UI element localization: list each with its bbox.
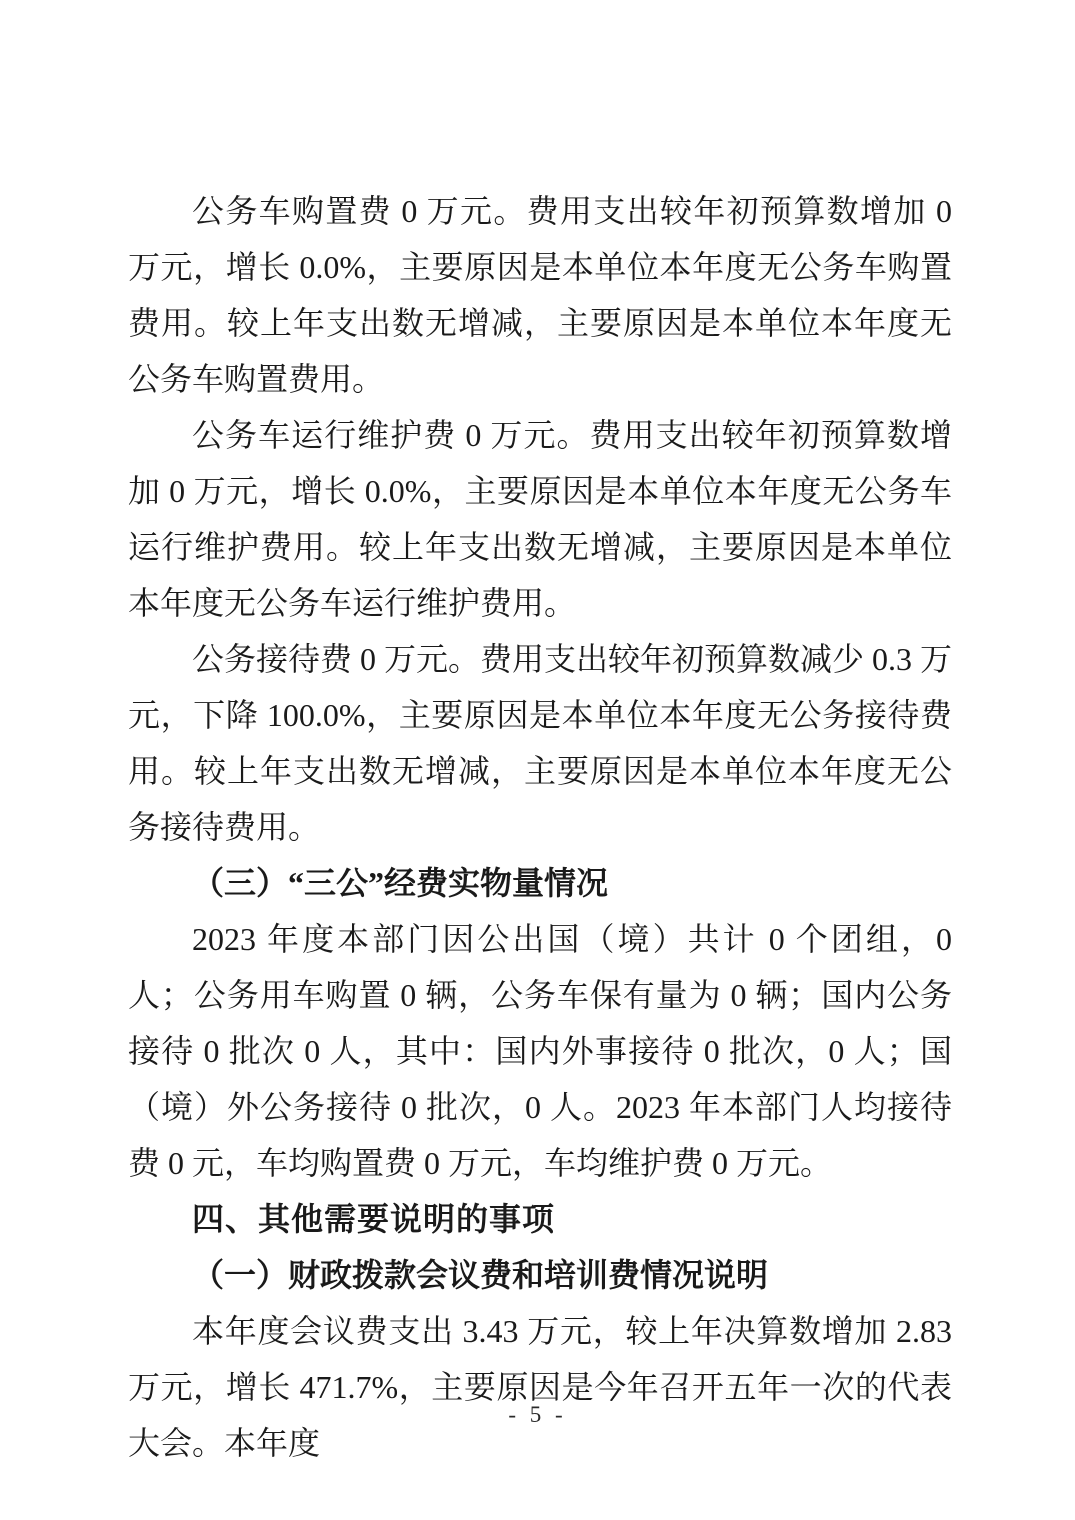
paragraph-official-car-purchase-fee: 公务车购置费 0 万元。费用支出较年初预算数增加 0 万元，增长 0.0%，主要… bbox=[128, 183, 952, 407]
paragraph-official-car-maintenance-fee: 公务车运行维护费 0 万元。费用支出较年初预算数增加 0 万元，增长 0.0%，… bbox=[128, 407, 952, 631]
heading-section-4-1-meeting-and-training-fee: （一）财政拨款会议费和培训费情况说明 bbox=[128, 1247, 952, 1303]
document-body: 公务车购置费 0 万元。费用支出较年初预算数增加 0 万元，增长 0.0%，主要… bbox=[128, 183, 952, 1471]
heading-section-4-other-matters: 四、其他需要说明的事项 bbox=[128, 1191, 952, 1247]
paragraph-meeting-fee-details: 本年度会议费支出 3.43 万元，较上年决算数增加 2.83 万元，增长 471… bbox=[128, 1303, 952, 1471]
document-page: 公务车购置费 0 万元。费用支出较年初预算数增加 0 万元，增长 0.0%，主要… bbox=[0, 0, 1075, 1520]
paragraph-physical-quantity-details: 2023 年度本部门因公出国（境）共计 0 个团组，0 人；公务用车购置 0 辆… bbox=[128, 911, 952, 1191]
page-footer: - 5 - bbox=[0, 1402, 1075, 1428]
heading-section-3-three-public-expenses-physical-quantity: （三）“三公”经费实物量情况 bbox=[128, 855, 952, 911]
page-number: - 5 - bbox=[508, 1402, 566, 1427]
paragraph-official-reception-fee: 公务接待费 0 万元。费用支出较年初预算数减少 0.3 万元，下降 100.0%… bbox=[128, 631, 952, 855]
